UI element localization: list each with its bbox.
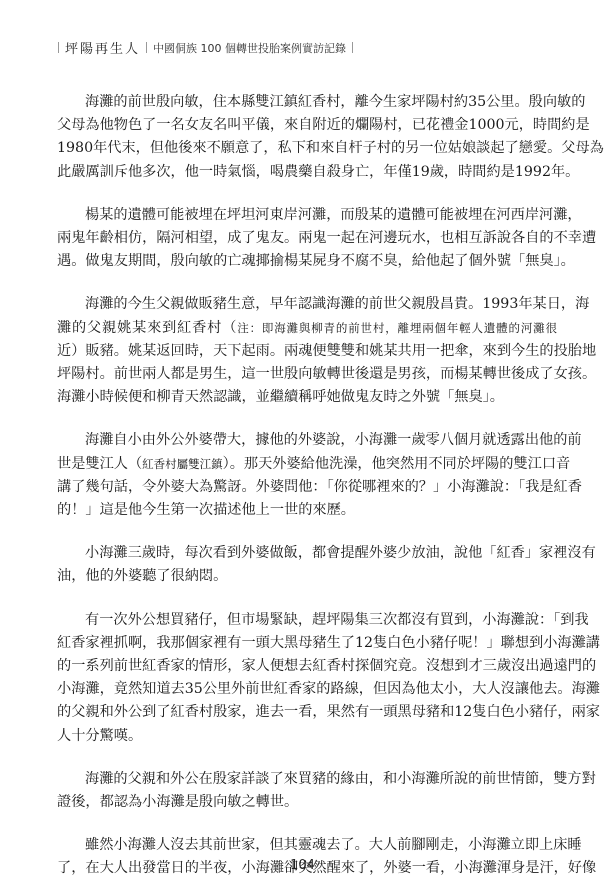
paragraph: 楊某的遺體可能被埋在坪坦河東岸河灘，而殷某的遺體可能被埋在河西岸河灘， 兩鬼年齡… xyxy=(57,204,557,274)
text-line: 近）販豬。姚某返回時，天下起雨。兩魂便雙雙和姚某共用一把傘，來到今生的投胎地 xyxy=(57,340,557,363)
running-header: 坪陽再生人 中國侗族 100 個轉世投胎案例實訪記錄 xyxy=(52,38,359,57)
text-line: 紅香家裡抓啊，我那個家裡有一頭大黑母豬生了12隻白色小豬仔呢！」聯想到小海灘講 xyxy=(57,632,557,655)
text-line: 證後，都認為小海灘是殷向敏之轉世。 xyxy=(57,791,557,814)
paragraph: 海灘的前世殷向敏，住本縣雙江鎮紅香村，離今生家坪陽村約35公里。殷向敏的 父母為… xyxy=(57,91,557,184)
text-line: 的父親和外公到了紅香村殷家，進去一看，果然有一頭黑母豬和12隻白色小豬仔，兩家 xyxy=(57,701,557,724)
paragraph: 有一次外公想買豬仔，但市場緊缺，趕坪陽集三次都沒有買到，小海灘說：「到我 紅香家… xyxy=(57,609,557,748)
paragraph: 海灘的父親和外公在殷家詳談了來買豬的緣由，和小海灘所說的前世情節，雙方對 證後，… xyxy=(57,768,557,814)
text-line: 小海灘三歲時，每次看到外婆做飯，都會提醒外婆少放油，說他「紅香」家裡沒有 xyxy=(57,542,557,565)
text-line: 遇。做鬼友期間，殷向敏的亡魂揶揄楊某屍身不腐不臭，給他起了個外號「無臭」。 xyxy=(57,250,557,273)
text-line: 講了幾句話，令外婆大為驚訝。外婆問他：「你從哪裡來的？」小海灘說：「我是紅香 xyxy=(57,476,557,499)
text-line: 坪陽村。前世兩人都是男生，這一世殷向敏轉世後還是男孩，而楊某轉世後成了女孩。 xyxy=(57,363,557,386)
paragraph: 小海灘三歲時，每次看到外婆做飯，都會提醒外婆少放油，說他「紅香」家裡沒有 油，他… xyxy=(57,542,557,588)
book-subtitle: 中國侗族 100 個轉世投胎案例實訪記錄 xyxy=(153,40,346,56)
page-number: 104 xyxy=(0,858,605,873)
text-line: 人十分驚嘆。 xyxy=(57,725,557,748)
text-line: 的一系列前世紅香家的情形，家人便想去紅香村探個究竟。沒想到才三歲沒出過遠門的 xyxy=(57,655,557,678)
text-line: 海灘自小由外公外婆帶大，據他的外婆說，小海灘一歲零八個月就透露出他的前 xyxy=(57,429,557,452)
text-line: 海灘小時候便和柳青天然認識，並繼續稱呼她做鬼友時之外號「無臭」。 xyxy=(57,386,557,409)
text-line: 油，他的外婆聽了很納悶。 xyxy=(57,565,557,588)
text-line: 有一次外公想買豬仔，但市場緊缺，趕坪陽集三次都沒有買到，小海灘說：「到我 xyxy=(57,609,557,632)
paragraph: 海灘的今生父親做販豬生意，早年認識海灘的前世父親殷昌貴。1993年某日，海 灘的… xyxy=(57,293,557,409)
text-line: 父母為他物色了一名女友名叫平儀，來自附近的爛陽村，已花禮金1000元，時間約是 xyxy=(57,114,557,137)
header-divider xyxy=(352,42,353,53)
text-line: 的！」這是他今生第一次描述他上一世的來歷。 xyxy=(57,499,557,522)
header-divider xyxy=(146,42,147,53)
text-segment: 灘的父親姚某來到紅香村（ xyxy=(57,320,237,336)
text-line: 此嚴厲訓斥他多次，他一時氣惱，喝農藥自殺身亡，年僅19歲，時間約是1992年。 xyxy=(57,161,557,184)
page-body: 海灘的前世殷向敏，住本縣雙江鎮紅香村，離今生家坪陽村約35公里。殷向敏的 父母為… xyxy=(57,91,557,896)
annotation-note: 注：即海灘與柳青的前世村，離埋兩個年輕人遺體的河灘很 xyxy=(237,321,557,335)
paragraph: 海灘自小由外公外婆帶大，據他的外婆說，小海灘一歲零八個月就透露出他的前 世是雙江… xyxy=(57,429,557,522)
text-line: 小海灘，竟然知道去35公里外前世紅香家的路線，但因為他太小，大人沒讓他去。海灘 xyxy=(57,678,557,701)
text-line: 兩鬼年齡相仿，隔河相望，成了鬼友。兩鬼一起在河邊玩水，也相互訴說各自的不幸遭 xyxy=(57,227,557,250)
text-line: 雖然小海灘人沒去其前世家，但其靈魂去了。大人前腳剛走，小海灘立即上床睡 xyxy=(57,834,557,857)
text-segment: 世是雙江人（ xyxy=(57,456,142,472)
text-line: 海灘的今生父親做販豬生意，早年認識海灘的前世父親殷昌貴。1993年某日，海 xyxy=(57,293,557,316)
text-line: 海灘的前世殷向敏，住本縣雙江鎮紅香村，離今生家坪陽村約35公里。殷向敏的 xyxy=(57,91,557,114)
text-line: 灘的父親姚某來到紅香村（注：即海灘與柳青的前世村，離埋兩個年輕人遺體的河灘很 xyxy=(57,317,557,340)
header-divider xyxy=(58,42,59,53)
text-line: 楊某的遺體可能被埋在坪坦河東岸河灘，而殷某的遺體可能被埋在河西岸河灘， xyxy=(57,204,557,227)
book-title: 坪陽再生人 xyxy=(65,38,140,57)
annotation-note: 紅香村屬雙江鎮 xyxy=(142,457,223,471)
text-segment: ）。那天外婆給他洗澡，他突然用不同於坪陽的雙江口音 xyxy=(223,456,571,472)
text-line: 世是雙江人（紅香村屬雙江鎮）。那天外婆給他洗澡，他突然用不同於坪陽的雙江口音 xyxy=(57,453,557,476)
text-line: 1980年代末，但他後來不願意了，私下和來自杆子村的另一位姑娘談起了戀愛。父母為 xyxy=(57,137,557,160)
text-line: 海灘的父親和外公在殷家詳談了來買豬的緣由，和小海灘所說的前世情節，雙方對 xyxy=(57,768,557,791)
